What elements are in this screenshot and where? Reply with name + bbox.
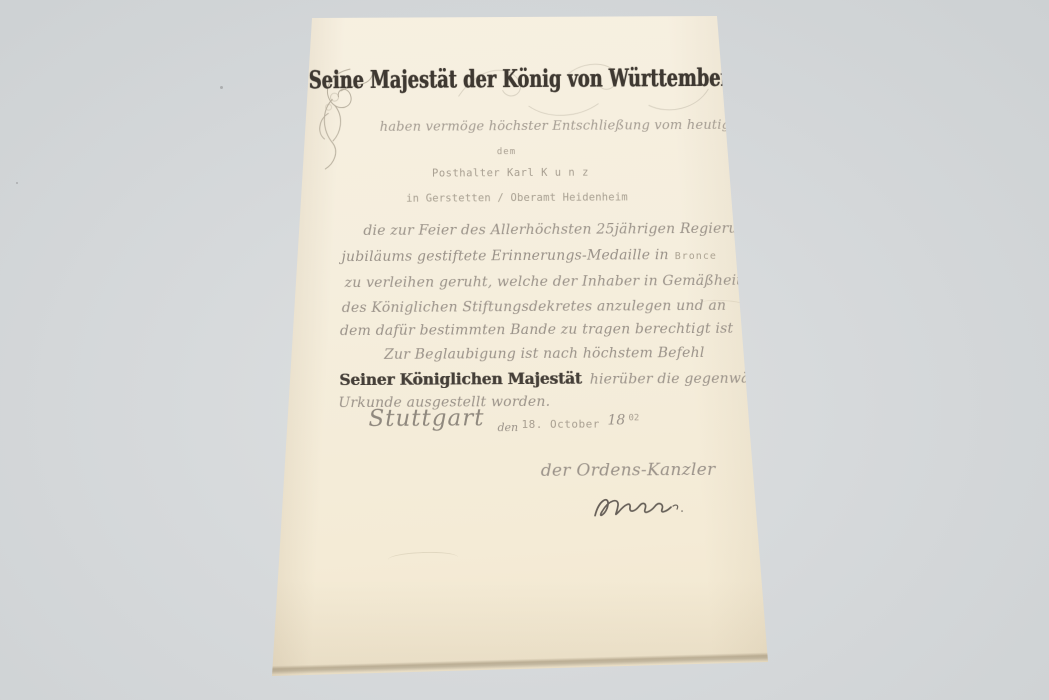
recipient-name-line: Posthalter Karl K u n z [432, 167, 589, 180]
dust-speck [220, 86, 223, 89]
document-content: Seine Majestät der König von Württemberg… [0, 0, 1049, 700]
article-dem: dem [497, 147, 516, 157]
recipient-location-line: in Gerstetten / Oberamt Heidenheim [406, 191, 628, 204]
date-den: den [497, 421, 518, 434]
date-place: Stuttgart [368, 405, 484, 432]
body-line-5: dem dafür bestimmten Bande zu tragen ber… [340, 321, 733, 339]
intro-line: haben vermöge höchster Entschließung vom… [380, 117, 784, 134]
body-line-2-typed-bronce: Bronce [675, 251, 717, 262]
body-line-1: die zur Feier des Allerhöchsten 25jährig… [363, 221, 768, 239]
ink-signature [589, 489, 689, 526]
body-line-6: Zur Beglaubigung ist nach höchstem Befeh… [384, 345, 704, 363]
body-line-7-fraktur: Seiner Königlichen Majestät [339, 369, 582, 389]
header-title: Seine Majestät der König von Württemberg [309, 63, 743, 95]
body-line-3: zu verleihen geruht, welche der Inhaber … [345, 273, 743, 291]
body-line-4: des Königlichen Stiftungsdekretes anzule… [342, 298, 726, 316]
body-line-2: jubiläums gestiftete Erinnerungs-Medaill… [341, 247, 716, 265]
dust-speck [16, 182, 18, 184]
document-paper: Seine Majestät der König von Württemberg… [0, 0, 1049, 700]
body-line-7: Seiner Königlichen Majestäthierüber die … [339, 367, 785, 389]
date-year-typed: 02 [628, 413, 639, 423]
body-line-7-script: hierüber die gegenwärtige [590, 370, 785, 387]
date-day-month: 18. October [521, 418, 599, 431]
date-year-preprinted: 18 [607, 412, 625, 428]
closing-role: der Ordens-Kanzler [541, 460, 716, 481]
body-line-2-script: jubiläums gestiftete Erinnerungs-Medaill… [341, 247, 668, 265]
